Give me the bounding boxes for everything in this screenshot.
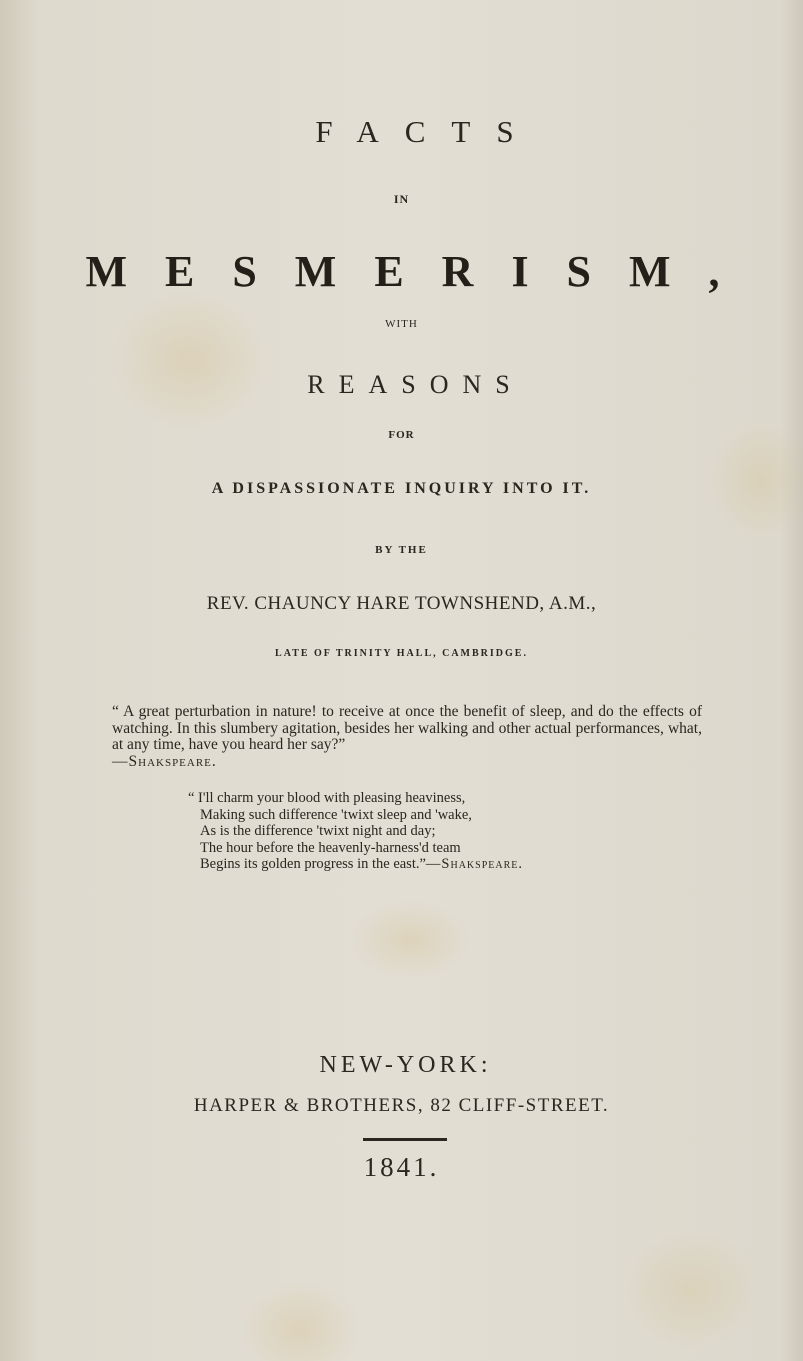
verse-line-final: Begins its golden progress in the east.”… [188, 856, 668, 873]
epigraph-prose-text: “ A great perturbation in nature! to rec… [112, 703, 702, 753]
imprint-year: 1841. [0, 1152, 803, 1183]
epigraph-prose: “ A great perturbation in nature! to rec… [112, 704, 702, 770]
verse-line: Begins its golden progress in the east.” [200, 856, 426, 872]
imprint-place: NEW-YORK: [0, 1052, 803, 1079]
verse-line: Making such difference 'twixt sleep and … [188, 807, 668, 824]
epigraph-verse: “ I'll charm your blood with pleasing he… [188, 790, 668, 873]
epigraph-prose-attribution: —Shakspeare. [112, 753, 217, 770]
verse-line: The hour before the heavenly-harness'd t… [188, 840, 668, 857]
title-connector-for: FOR [0, 429, 803, 441]
author-affiliation: LATE OF TRINITY HALL, CAMBRIDGE. [0, 648, 803, 659]
subtitle: A DISPASSIONATE INQUIRY INTO IT. [0, 480, 803, 498]
title-connector-in: IN [0, 192, 803, 207]
author-name: REV. CHAUNCY HARE TOWNSHEND, A.M., [0, 593, 803, 615]
title-connector-with: WITH [0, 318, 803, 330]
title-page: FACTS IN MESMERISM, WITH REASONS FOR A D… [0, 0, 803, 1361]
imprint-rule-divider [363, 1138, 447, 1141]
epigraph-verse-attribution: —Shakspeare. [426, 856, 523, 872]
verse-line: As is the difference 'twixt night and da… [188, 823, 668, 840]
by-line: BY THE [0, 544, 803, 556]
title-facts: FACTS [0, 114, 803, 150]
title-mesmerism: MESMERISM, [0, 246, 803, 297]
verse-line: “ I'll charm your blood with pleasing he… [188, 790, 668, 807]
imprint-publisher: HARPER & BROTHERS, 82 CLIFF-STREET. [0, 1095, 803, 1117]
title-reasons: REASONS [0, 370, 803, 400]
